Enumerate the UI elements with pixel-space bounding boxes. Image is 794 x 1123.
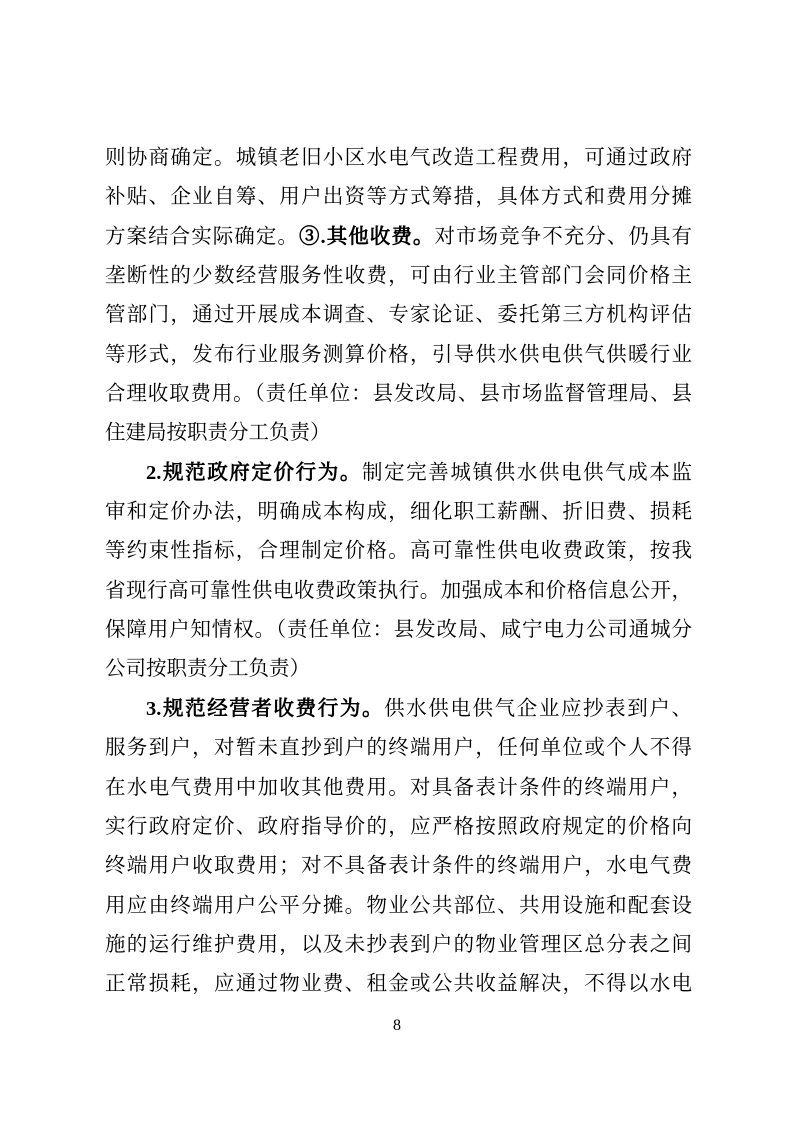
text-line: 垄断性的少数经营服务性收费，可由行业主管部门会同价格主 xyxy=(105,257,692,296)
text-run: 实行政府定价、政府指导价的，应严格按照政府规定的价格向 xyxy=(105,816,692,838)
text-run: 对市场竞争不充分、仍具有 xyxy=(434,226,692,248)
text-line: 审和定价办法，明确成本构成，细化职工薪酬、折旧费、损耗 xyxy=(105,493,692,532)
text-run: 制定完善城镇供水供电供气成本监 xyxy=(362,462,692,484)
text-line: 在水电气费用中加收其他费用。对具备表计条件的终端用户， xyxy=(105,769,692,808)
text-run: 施的运行维护费用，以及未抄表到户的物业管理区总分表之间 xyxy=(105,934,692,956)
text-line: 则协商确定。城镇老旧小区水电气改造工程费用，可通过政府 xyxy=(105,139,692,178)
text-line: 服务到户，对暂未直抄到户的终端用户，任何单位或个人不得 xyxy=(105,729,692,768)
text-run: 等约束性指标，合理制定价格。高可靠性供电收费政策，按我 xyxy=(105,540,692,562)
text-run: 住建局按职责分工负责） xyxy=(105,422,331,444)
text-run: 等形式，发布行业服务测算价格，引导供水供电供气供暖行业 xyxy=(105,344,692,366)
text-run: 供水供电供气企业应抄表到户、 xyxy=(384,698,692,720)
text-line: 管部门，通过开展成本调查、专家论证、委托第三方机构评估 xyxy=(105,296,692,335)
text-line: 正常损耗，应通过物业费、租金或公共收益解决，不得以水电 xyxy=(105,965,692,1004)
bold-heading-regulate-government-pricing: 2.规范政府定价行为。 xyxy=(146,462,362,484)
text-run: 保障用户知情权。（责任单位：县发改局、咸宁电力公司通城分 xyxy=(105,619,692,641)
text-line: 补贴、企业自筹、用户出资等方式筹措，具体方式和费用分摊 xyxy=(105,178,692,217)
text-run: 正常损耗，应通过物业费、租金或公共收益解决，不得以水电 xyxy=(105,973,692,995)
text-run: 终端用户收取费用；对不具备表计条件的终端用户，水电气费 xyxy=(105,855,692,877)
text-run: 省现行高可靠性供电收费政策执行。加强成本和价格信息公开， xyxy=(105,580,692,602)
text-line: 终端用户收取费用；对不具备表计条件的终端用户，水电气费 xyxy=(105,847,692,886)
text-line: 公司按职责分工负责） xyxy=(105,650,692,689)
document-page: 则协商确定。城镇老旧小区水电气改造工程费用，可通过政府 补贴、企业自筹、用户出资… xyxy=(0,0,794,1123)
document-body: 则协商确定。城镇老旧小区水电气改造工程费用，可通过政府 补贴、企业自筹、用户出资… xyxy=(105,139,692,1005)
text-line: 2.规范政府定价行为。制定完善城镇供水供电供气成本监 xyxy=(105,454,692,493)
text-run: 垄断性的少数经营服务性收费，可由行业主管部门会同价格主 xyxy=(105,265,692,287)
text-run: 管部门，通过开展成本调查、专家论证、委托第三方机构评估 xyxy=(105,304,692,326)
text-line: 用应由终端用户公平分摊。物业公共部位、共用设施和配套设 xyxy=(105,887,692,926)
text-line: 住建局按职责分工负责） xyxy=(105,414,692,453)
text-run: 方案结合实际确定。 xyxy=(105,226,299,248)
page-footer: 8 xyxy=(0,1014,794,1038)
text-run: 则协商确定。城镇老旧小区水电气改造工程费用，可通过政府 xyxy=(105,147,692,169)
text-line: 实行政府定价、政府指导价的，应严格按照政府规定的价格向 xyxy=(105,808,692,847)
bold-heading-regulate-operator-charging: 3.规范经营者收费行为。 xyxy=(146,698,384,720)
text-line: 方案结合实际确定。③.其他收费。对市场竞争不充分、仍具有 xyxy=(105,218,692,257)
text-line: 合理收取费用。（责任单位：县发改局、县市场监督管理局、县 xyxy=(105,375,692,414)
text-line: 施的运行维护费用，以及未抄表到户的物业管理区总分表之间 xyxy=(105,926,692,965)
text-run: 服务到户，对暂未直抄到户的终端用户，任何单位或个人不得 xyxy=(105,737,692,759)
text-run: 用应由终端用户公平分摊。物业公共部位、共用设施和配套设 xyxy=(105,895,692,917)
text-run: 公司按职责分工负责） xyxy=(105,658,310,680)
text-line: 省现行高可靠性供电收费政策执行。加强成本和价格信息公开， xyxy=(105,572,692,611)
text-run: 在水电气费用中加收其他费用。对具备表计条件的终端用户， xyxy=(105,777,692,799)
page-number: 8 xyxy=(393,1017,401,1034)
text-run: 补贴、企业自筹、用户出资等方式筹措，具体方式和费用分摊 xyxy=(105,186,692,208)
bold-heading-other-fees: ③.其他收费。 xyxy=(299,226,434,248)
text-run: 合理收取费用。（责任单位：县发改局、县市场监督管理局、县 xyxy=(105,383,692,405)
text-line: 等形式，发布行业服务测算价格，引导供水供电供气供暖行业 xyxy=(105,336,692,375)
text-line: 3.规范经营者收费行为。供水供电供气企业应抄表到户、 xyxy=(105,690,692,729)
text-line: 等约束性指标，合理制定价格。高可靠性供电收费政策，按我 xyxy=(105,532,692,571)
text-line: 保障用户知情权。（责任单位：县发改局、咸宁电力公司通城分 xyxy=(105,611,692,650)
text-run: 审和定价办法，明确成本构成，细化职工薪酬、折旧费、损耗 xyxy=(105,501,692,523)
